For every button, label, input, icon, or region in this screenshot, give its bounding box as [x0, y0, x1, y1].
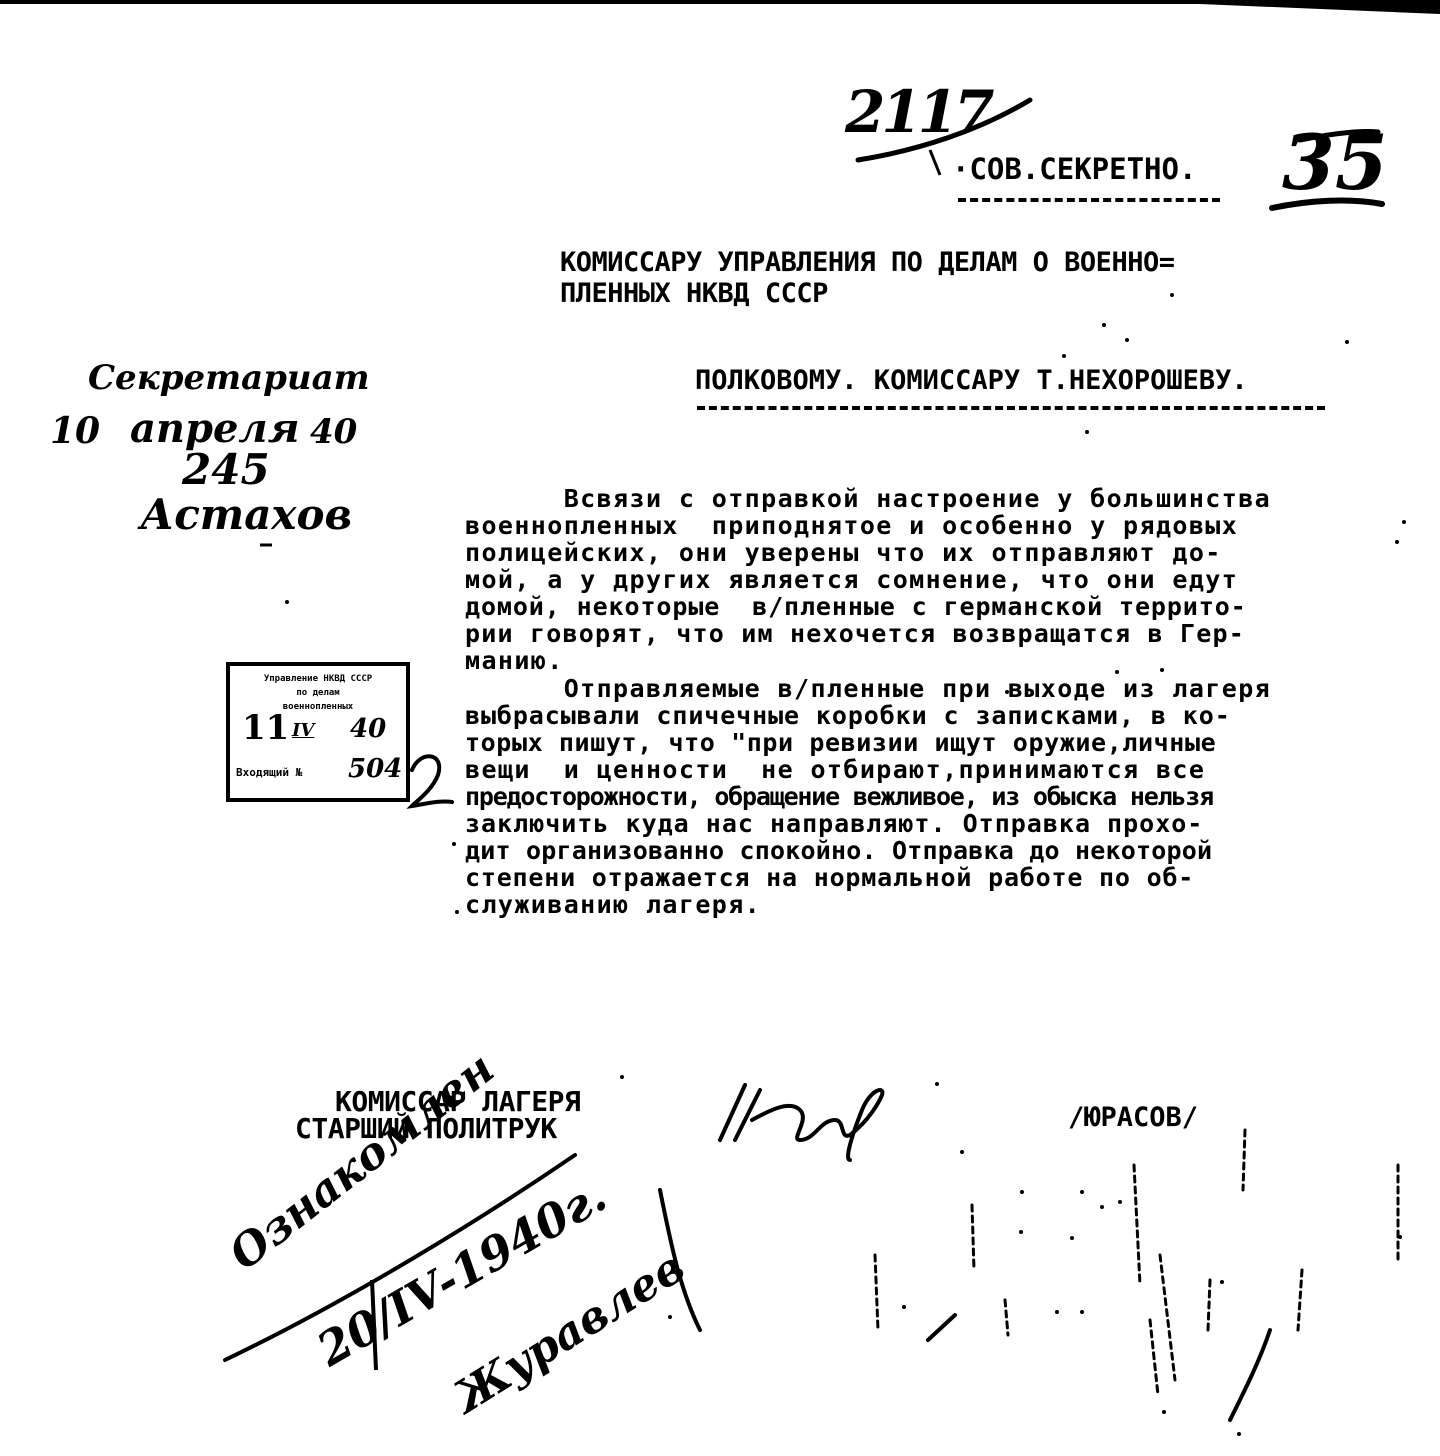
body-line: Отправляемые в/пленные при выходе из лаг… — [465, 674, 1271, 703]
classification-underline — [958, 198, 1220, 202]
scan-speck — [1055, 1310, 1059, 1314]
scan-speck — [1398, 1235, 1402, 1239]
scan-speck — [470, 582, 474, 586]
scan-speck — [1125, 338, 1129, 342]
stamp-line-2: по делам — [238, 688, 398, 698]
scan-speck — [935, 1082, 939, 1086]
scan-speck — [1237, 1432, 1241, 1436]
handwritten-registration-number: 2117 — [845, 78, 990, 146]
stamp-extra-mark-stroke — [412, 756, 452, 806]
scan-speck — [1102, 323, 1106, 327]
recipient-line: ПОЛКОВОМУ. КОМИССАРУ Т.НЕХОРОШЕВУ. — [695, 365, 1248, 396]
scan-speck — [1062, 354, 1066, 358]
body-line: предосторожности, обращение вежливое, из… — [465, 782, 1213, 811]
body-line: Всвязи с отправкой настроение у большинс… — [465, 484, 1271, 513]
body-line: вещи и ценности не отбирают,принимаются … — [465, 755, 1205, 784]
scan-speck — [1005, 690, 1009, 694]
scan-speck — [1080, 1310, 1084, 1314]
addressee-line-1: КОМИССАРУ УПРАВЛЕНИЯ ПО ДЕЛАМ О ВОЕННО= — [560, 247, 1174, 278]
body-line: торых пишут, что "при ревизии ищут оружи… — [465, 728, 1216, 757]
scan-speck — [1085, 430, 1089, 434]
body-line: домой, некоторые в/пленные с германской … — [465, 592, 1247, 621]
scan-speck — [1020, 1190, 1024, 1194]
stamp-line-1: Управление НКВД СССР — [238, 674, 398, 684]
stamp-date-day: 11 — [242, 708, 289, 748]
scan-speck — [902, 1305, 906, 1309]
scan-speck — [1115, 670, 1119, 674]
signature-yurasov-stroke — [720, 1085, 882, 1160]
scan-speck — [285, 600, 289, 604]
stamp-incoming-label: Входящий № — [236, 766, 302, 779]
stamp-date-year: 40 — [350, 714, 386, 744]
body-line: военнопленных приподнятое и особенно у р… — [465, 511, 1238, 540]
body-line: степени отражается на нормальной работе … — [465, 863, 1194, 892]
stamp-date-month: IV — [292, 720, 314, 741]
handwritten-page-number: 35 — [1282, 118, 1388, 207]
recipient-underline — [697, 406, 1325, 410]
body-line: рии говорят, что им нехочется возвращатс… — [465, 619, 1245, 648]
body-line: мой, а у других является сомнение, что о… — [465, 565, 1238, 594]
margin-note-name: Астахов — [140, 490, 352, 539]
scan-speck — [1100, 1205, 1104, 1209]
margin-note-day: 10 — [50, 410, 100, 452]
body-line: дит организованно спокойно. Отправка до … — [465, 836, 1212, 865]
classification-label: ·СОВ.СЕКРЕТНО. — [952, 152, 1196, 186]
addressee-line-2: ПЛЕННЫХ НКВД СССР — [560, 278, 828, 309]
scan-speck — [668, 1315, 672, 1319]
body-line: полицейских, они уверены что их отправля… — [465, 538, 1222, 567]
scan-speck — [452, 842, 456, 846]
stamp-incoming-number: 504 — [348, 754, 402, 784]
scan-speck — [1162, 1410, 1166, 1414]
scan-speck — [1402, 520, 1406, 524]
scan-speck — [620, 1075, 624, 1079]
scan-speck — [1118, 1200, 1122, 1204]
body-line: манию. — [465, 646, 564, 675]
body-line: выбрасывали спичечные коробки с запискам… — [465, 701, 1231, 730]
scan-speck — [1345, 340, 1349, 344]
scan-speck — [1170, 293, 1174, 297]
margin-note-line-1: Секретариат — [88, 358, 370, 398]
signer-name: /ЮРАСОВ/ — [1068, 1102, 1198, 1133]
body-line: служиванию лагеря. — [465, 890, 761, 919]
scan-speck — [1160, 668, 1164, 672]
scan-speck — [1395, 540, 1399, 544]
faded-marks — [875, 1130, 1398, 1395]
registration-stamp: Управление НКВД СССР по делам военноплен… — [226, 662, 410, 802]
scan-speck — [1080, 1190, 1084, 1194]
margin-note-number: 245 — [182, 445, 270, 494]
body-line: заключить куда нас направляют. Отправка … — [465, 809, 1203, 838]
scan-speck — [960, 1150, 964, 1154]
scan-speck — [455, 910, 459, 914]
scan-speck — [1220, 1280, 1224, 1284]
scan-speck — [472, 1372, 476, 1376]
scan-speck — [1070, 1236, 1074, 1240]
scan-top-edge — [0, 0, 1440, 14]
scan-speck — [1019, 1230, 1023, 1234]
margin-note-year: 40 — [310, 412, 357, 452]
